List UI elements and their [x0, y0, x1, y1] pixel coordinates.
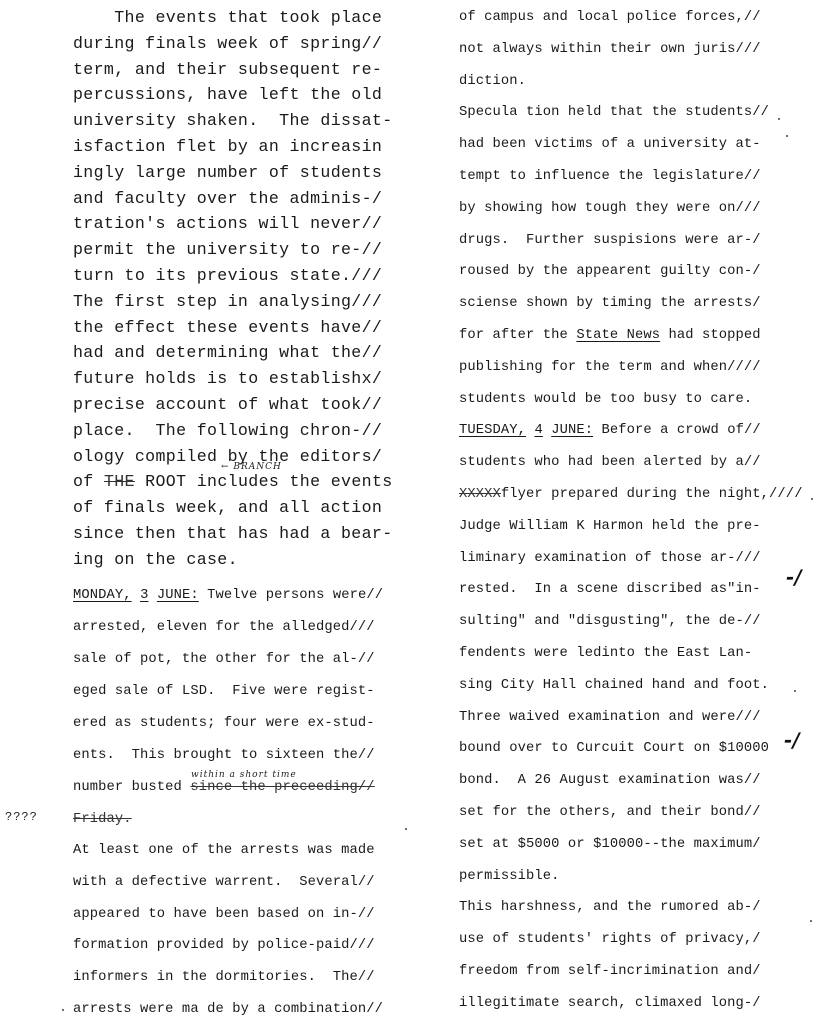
text-line: precise account of what took// [73, 397, 382, 414]
text-span: had stopped [660, 328, 761, 343]
text-line: of THE ROOT includes the events [73, 474, 393, 491]
text-line: permit the university to re-// [73, 242, 382, 259]
text-line: university shaken. The dissat- [73, 113, 393, 130]
text-line: bond. A 26 August examination was// [459, 774, 761, 788]
text-line: permissible. [459, 870, 560, 884]
text-line: arrests were ma de by a combination// [73, 1003, 383, 1017]
text-line: tempt to influence the legislature// [459, 170, 761, 184]
text-line: At least one of the arrests was made [73, 844, 375, 858]
handwritten-annotation: ← BRANCH [221, 462, 282, 472]
text-line: Specula tion held that the students// [459, 106, 769, 120]
text-line: had and determining what the// [73, 345, 382, 362]
text-line: sale of pot, the other for the al-// [73, 653, 375, 667]
text-line: use of students' rights of privacy,/ [459, 933, 761, 947]
struck-text: the preceeding// [232, 780, 374, 795]
text-line: place. The following chron-// [73, 423, 382, 440]
text-line: ing on the case. [73, 552, 238, 569]
text-line: liminary examination of those ar-/// [459, 552, 761, 566]
busted-line: number busted since the preceeding// [73, 781, 375, 795]
text-line: ingly large number of students [73, 165, 382, 182]
text-line: tration's actions will never// [73, 216, 382, 233]
heading-date: 4 [534, 423, 542, 438]
text-line: students would be too busy to care. [459, 393, 752, 407]
text-span: Twelve persons were// [199, 588, 383, 603]
text-span: flyer prepared during the night,//// [501, 487, 803, 502]
text-line: with a defective warrent. Several// [73, 876, 375, 890]
text-line: students who had been alerted by a// [459, 456, 761, 470]
text-line: and faculty over the adminis-/ [73, 191, 382, 208]
margin-question-marks: ???? [5, 810, 38, 824]
scan-speck [405, 828, 407, 830]
margin-correction-mark: -/ [784, 565, 804, 589]
text-line: eged sale of LSD. Five were regist- [73, 685, 375, 699]
scan-speck [811, 498, 813, 500]
text-line: appeared to have been based on in-// [73, 908, 375, 922]
text-line: percussions, have left the old [73, 87, 382, 104]
text-line: Judge William K Harmon held the pre- [459, 520, 761, 534]
text-line: formation provided by police-paid/// [73, 939, 375, 953]
heading-month: JUNE: [157, 588, 199, 603]
text-line: informers in the dormitories. The// [73, 971, 375, 985]
heading-month: JUNE: [551, 423, 593, 438]
scan-speck [778, 118, 780, 120]
text-line: sulting" and "disgusting", the de-// [459, 615, 761, 629]
heading-day: TUESDAY, [459, 423, 526, 438]
struck-text: since [190, 780, 232, 795]
text-span [543, 423, 551, 438]
text-span: Before a crowd of// [593, 423, 761, 438]
text-line: by showing how tough they were on/// [459, 202, 761, 216]
text-line: the effect these events have// [73, 320, 382, 337]
section-heading-tuesday: TUESDAY, 4 JUNE: Before a crowd of// [459, 424, 761, 438]
scan-speck [62, 1009, 64, 1011]
text-line: diction. [459, 75, 526, 89]
struck-word: THE [104, 472, 135, 491]
text-span [132, 588, 140, 603]
text-line: set at $5000 or $10000--the maximum/ [459, 838, 761, 852]
text-line: isfaction flet by an increasin [73, 139, 382, 156]
text-line: fendents were ledinto the East Lan- [459, 647, 752, 661]
text-line: XXXXXflyer prepared during the night,///… [459, 488, 803, 502]
text-line: publishing for the term and when//// [459, 361, 761, 375]
text-span: number busted [73, 780, 190, 795]
text-line: sciense shown by timing the arrests/ [459, 297, 761, 311]
text-line: had been victims of a university at- [459, 138, 761, 152]
scan-speck [786, 135, 788, 137]
text-line: Three waived examination and were/// [459, 711, 761, 725]
state-news-line: for after the State News had stopped [459, 329, 761, 343]
heading-day: MONDAY, [73, 588, 132, 603]
text-line: roused by the appearent guilty con-/ [459, 265, 761, 279]
text-line: The events that took place [73, 10, 382, 27]
text-line: illegitimate search, climaxed long-/ [459, 997, 761, 1011]
scan-speck [794, 690, 796, 692]
text-span: of [73, 472, 104, 491]
text-line: during finals week of spring// [73, 36, 382, 53]
text-line: of campus and local police forces,// [459, 11, 761, 25]
text-line: bound over to Curcuit Court on $10000 [459, 742, 769, 756]
text-line: future holds is to establishx/ [73, 371, 382, 388]
scan-speck [810, 920, 812, 922]
text-line: not always within their own juris/// [459, 43, 761, 57]
text-line: ered as students; four were ex-stud- [73, 717, 375, 731]
text-line: rested. In a scene discribed as"in- [459, 583, 761, 597]
text-line: of finals week, and all action [73, 500, 382, 517]
text-span: for after the [459, 328, 576, 343]
text-line: turn to its previous state./// [73, 268, 382, 285]
handwritten-insertion: within a short time [191, 770, 297, 780]
text-line: sing City Hall chained hand and foot. [459, 679, 769, 693]
margin-correction-mark: -/ [782, 728, 802, 752]
struck-text: Friday. [73, 812, 132, 827]
text-line: set for the others, and their bond// [459, 806, 761, 820]
text-line: drugs. Further suspisions were ar-/ [459, 234, 761, 248]
section-heading-monday: MONDAY, 3 JUNE: Twelve persons were// [73, 589, 383, 603]
struck-text: XXXXX [459, 487, 501, 502]
text-line: ents. This brought to sixteen the// [73, 749, 375, 763]
text-line: freedom from self-incrimination and/ [459, 965, 761, 979]
text-line: This harshness, and the rumored ab-/ [459, 901, 761, 915]
text-line: arrested, eleven for the alledged/// [73, 621, 375, 635]
typewritten-page: The events that took placeduring finals … [0, 0, 832, 1026]
text-line: since then that has had a bear- [73, 526, 393, 543]
text-line: The first step in analysing/// [73, 294, 382, 311]
text-line: term, and their subsequent re- [73, 62, 382, 79]
struck-line: Friday. [73, 813, 132, 827]
text-span [148, 588, 156, 603]
text-span: ROOT includes the events [135, 472, 393, 491]
publication-title: State News [576, 328, 660, 343]
